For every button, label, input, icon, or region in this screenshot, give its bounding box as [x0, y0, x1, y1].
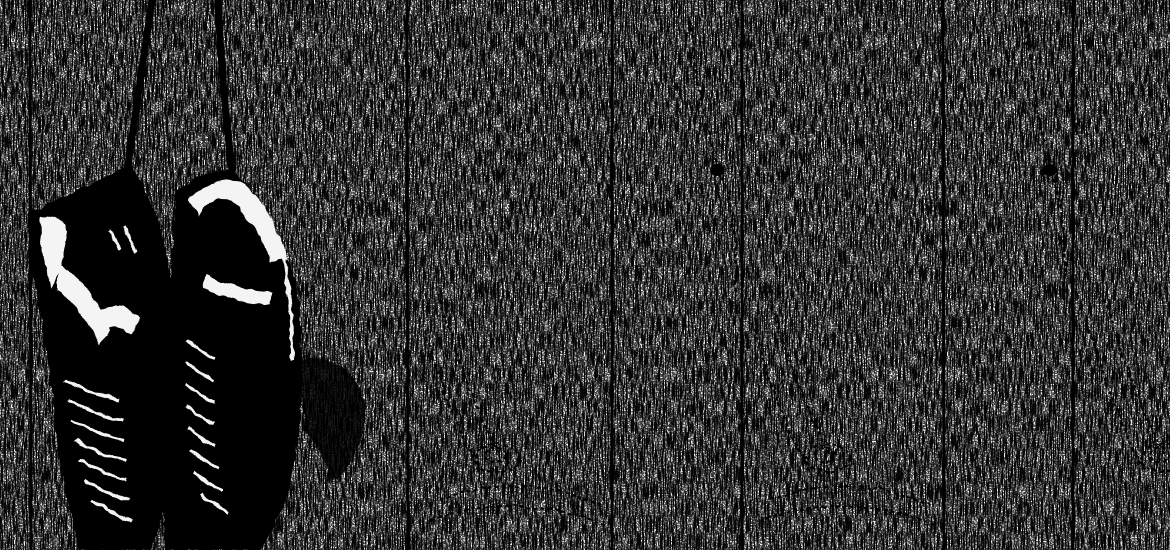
photo	[0, 0, 1170, 550]
plank-seam	[407, 0, 408, 550]
knot	[710, 164, 724, 176]
plank-seam	[943, 0, 944, 550]
knot	[1043, 164, 1057, 176]
plank-seam	[30, 0, 31, 550]
